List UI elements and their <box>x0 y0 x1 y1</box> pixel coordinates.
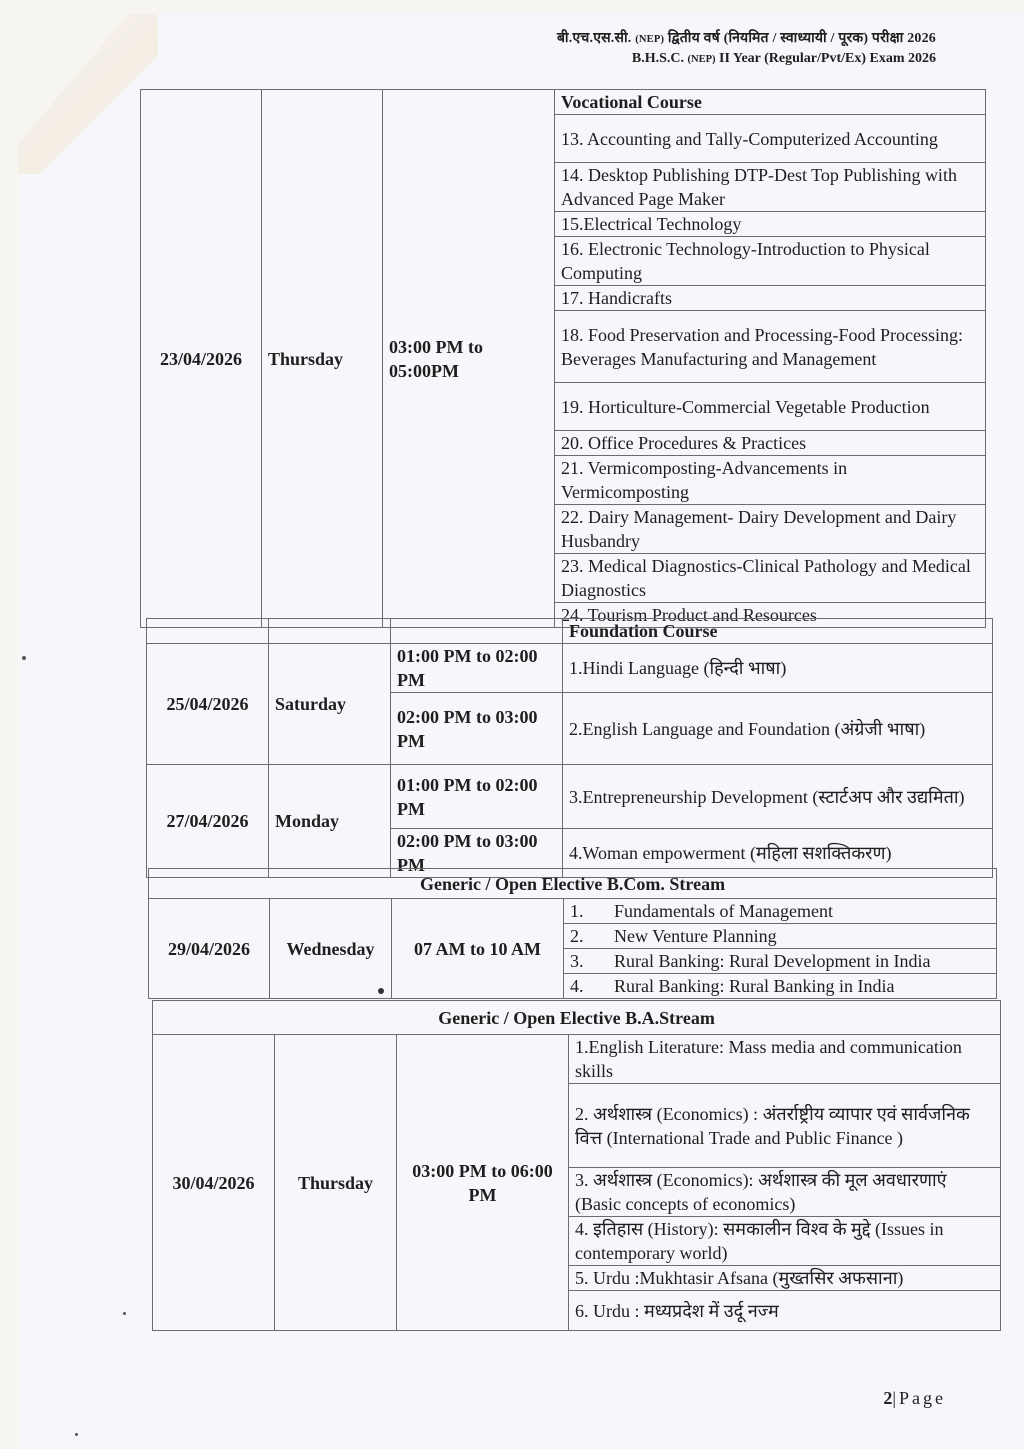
exam-time: 01:00 PM to 02:00 PM <box>391 765 563 829</box>
page-footer: 2|Page <box>883 1388 946 1409</box>
header-english-nep: (NEP) <box>688 54 716 65</box>
subject-cell: 21. Vermicomposting-Advancements in Verm… <box>555 456 986 505</box>
table-row: 29/04/2026Wednesday07 AM to 10 AM1.Funda… <box>149 899 997 924</box>
section-heading: Generic / Open Elective B.A.Stream <box>153 1001 1001 1035</box>
subject-number: 1. <box>570 899 614 923</box>
header-english-rest: II Year (Regular/Pvt/Ex) Exam 2026 <box>719 51 936 66</box>
exam-date: 25/04/2026 <box>147 644 269 765</box>
table-row: Generic / Open Elective B.A.Stream <box>153 1001 1001 1035</box>
subject-cell: 22. Dairy Management- Dairy Development … <box>555 505 986 554</box>
table-row: 27/04/2026Monday01:00 PM to 02:00 PM3.En… <box>147 765 993 829</box>
header-hindi-prefix: बी.एच.एस.सी. <box>557 31 632 46</box>
subject-name: New Venture Planning <box>614 926 777 946</box>
subject-cell: 5. Urdu :Mukhtasir Afsana (मुख्तसिर अफसा… <box>569 1266 1001 1291</box>
exam-day: Wednesday <box>270 899 392 999</box>
section-heading: Foundation Course <box>563 619 993 644</box>
subject-cell: 18. Food Preservation and Processing-Foo… <box>555 311 986 383</box>
exam-time: 03:00 PM to 05:00PM <box>383 90 555 628</box>
subject-cell: 14. Desktop Publishing DTP-Dest Top Publ… <box>555 163 986 212</box>
scan-speck <box>22 656 26 660</box>
folded-corner <box>18 14 158 174</box>
empty-cell <box>269 619 391 644</box>
table-row: Foundation Course <box>147 619 993 644</box>
subject-cell: 13. Accounting and Tally-Computerized Ac… <box>555 115 986 163</box>
exam-date: 23/04/2026 <box>141 90 262 628</box>
subject-cell: 2. अर्थशास्त्र (Economics) : अंतर्राष्ट्… <box>569 1084 1001 1168</box>
subject-cell: 2.New Venture Planning <box>564 924 997 949</box>
exam-time: 01:00 PM to 02:00 PM <box>391 644 563 693</box>
subject-cell: 3. अर्थशास्त्र (Economics): अर्थशास्त्र … <box>569 1168 1001 1217</box>
subject-name: Fundamentals of Management <box>614 901 833 921</box>
exam-date: 27/04/2026 <box>147 765 269 878</box>
exam-day: Thursday <box>262 90 383 628</box>
exam-day: Monday <box>269 765 391 878</box>
vocational-schedule-table: 23/04/2026Thursday03:00 PM to 05:00PMVoc… <box>140 89 986 628</box>
empty-cell <box>147 619 269 644</box>
subject-name: Rural Banking: Rural Development in Indi… <box>614 951 930 971</box>
foundation-schedule-table: Foundation Course25/04/2026Saturday01:00… <box>146 618 993 878</box>
bcom-elective-table: Generic / Open Elective B.Com. Stream29/… <box>148 868 997 999</box>
ba-elective-table: Generic / Open Elective B.A.Stream30/04/… <box>152 1000 1001 1331</box>
table-row: 25/04/2026Saturday01:00 PM to 02:00 PM1.… <box>147 644 993 693</box>
header-hindi: बी.एच.एस.सी. (NEP) द्वितीय वर्ष (नियमित … <box>557 28 936 47</box>
page-label: Page <box>899 1388 946 1408</box>
subject-cell: 16. Electronic Technology-Introduction t… <box>555 237 986 286</box>
exam-time: 07 AM to 10 AM <box>392 899 564 999</box>
table-row: Generic / Open Elective B.Com. Stream <box>149 869 997 899</box>
subject-cell: 6. Urdu : मध्यप्रदेश में उर्दू नज्म <box>569 1291 1001 1331</box>
subject-cell: 4. इतिहास (History): समकालीन विश्व के मु… <box>569 1217 1001 1266</box>
page-number: 2 <box>883 1388 892 1408</box>
subject-cell: 1.Hindi Language (हिन्दी भाषा) <box>563 644 993 693</box>
header-english-prefix: B.H.S.C. <box>632 51 684 66</box>
subject-cell: 19. Horticulture-Commercial Vegetable Pr… <box>555 383 986 431</box>
subject-cell: 3.Rural Banking: Rural Development in In… <box>564 949 997 974</box>
subject-cell: 1.English Literature: Mass media and com… <box>569 1035 1001 1084</box>
subject-cell: 4.Rural Banking: Rural Banking in India <box>564 974 997 999</box>
scan-speck <box>123 1312 126 1315</box>
exam-date: 30/04/2026 <box>153 1035 275 1331</box>
subject-cell: 17. Handicrafts <box>555 286 986 311</box>
subject-number: 4. <box>570 974 614 998</box>
table-row: 23/04/2026Thursday03:00 PM to 05:00PMVoc… <box>141 90 986 115</box>
header-english: B.H.S.C. (NEP) II Year (Regular/Pvt/Ex) … <box>557 51 936 67</box>
scan-speck <box>75 1433 78 1436</box>
scan-speck <box>378 988 384 994</box>
document-header: बी.एच.एस.सी. (NEP) द्वितीय वर्ष (नियमित … <box>557 28 936 67</box>
exam-time: 03:00 PM to 06:00 PM <box>397 1035 569 1331</box>
subject-cell: 20. Office Procedures & Practices <box>555 431 986 456</box>
exam-day: Saturday <box>269 644 391 765</box>
section-heading: Vocational Course <box>555 90 986 115</box>
exam-day: Thursday <box>275 1035 397 1331</box>
header-hindi-nep: (NEP) <box>635 34 664 45</box>
exam-date: 29/04/2026 <box>149 899 270 999</box>
subject-number: 3. <box>570 949 614 973</box>
header-hindi-rest: द्वितीय वर्ष (नियमित / स्वाध्यायी / पूरक… <box>668 31 936 46</box>
subject-number: 2. <box>570 924 614 948</box>
section-heading: Generic / Open Elective B.Com. Stream <box>149 869 997 899</box>
subject-name: Rural Banking: Rural Banking in India <box>614 976 894 996</box>
empty-cell <box>391 619 563 644</box>
subject-cell: 23. Medical Diagnostics-Clinical Patholo… <box>555 554 986 603</box>
subject-cell: 1.Fundamentals of Management <box>564 899 997 924</box>
table-row: 30/04/2026Thursday03:00 PM to 06:00 PM1.… <box>153 1035 1001 1084</box>
subject-cell: 3.Entrepreneurship Development (स्टार्टअ… <box>563 765 993 829</box>
exam-time: 02:00 PM to 03:00 PM <box>391 693 563 765</box>
subject-cell: 15.Electrical Technology <box>555 212 986 237</box>
subject-cell: 2.English Language and Foundation (अंग्र… <box>563 693 993 765</box>
